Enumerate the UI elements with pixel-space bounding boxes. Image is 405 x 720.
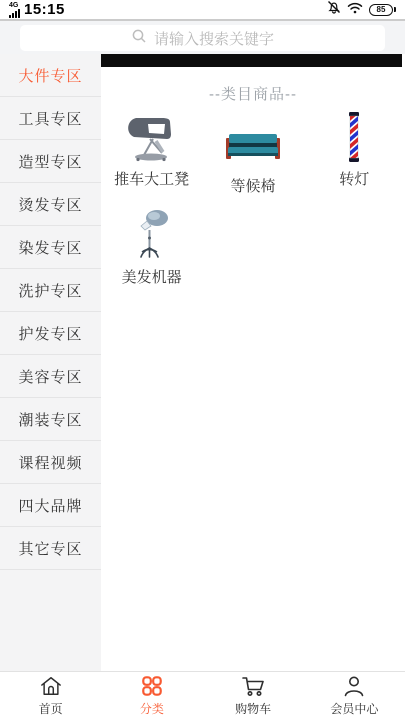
tab-cart[interactable]: 购物车	[203, 672, 304, 720]
product-label: 推车大工凳	[114, 168, 189, 189]
tab-label: 分类	[140, 700, 164, 717]
product-grid: 推车大工凳 等候椅	[101, 112, 405, 299]
user-icon	[342, 675, 366, 697]
sidebar-item-zaoxing[interactable]: 造型专区	[0, 140, 101, 183]
category-content: --类目商品-- 推车大工凳	[101, 54, 405, 671]
search-icon	[131, 28, 147, 48]
main-area: 大件专区 工具专区 造型专区 烫发专区 染发专区 洗护专区 护发专区 美容专区 …	[0, 54, 405, 671]
product-label: 转灯	[339, 168, 369, 189]
wifi-icon	[347, 1, 363, 19]
mute-bell-icon	[327, 0, 341, 19]
cart-icon	[241, 675, 266, 697]
network-type-label: 4G	[9, 2, 18, 9]
app-screen: 4G 15:15	[0, 0, 405, 720]
sidebar-item-kecheng[interactable]: 课程视频	[0, 441, 101, 484]
clock-text: 15:15	[24, 1, 65, 18]
sidebar-item-hufa[interactable]: 护发专区	[0, 312, 101, 355]
tab-label: 会员中心	[330, 700, 378, 717]
home-icon	[39, 675, 63, 697]
tab-label: 购物车	[235, 700, 271, 717]
product-item-hair-dryer-machine[interactable]: 美发机器	[101, 208, 202, 287]
banner[interactable]	[101, 54, 402, 67]
status-left: 4G 15:15	[9, 1, 65, 18]
category-sidebar: 大件专区 工具专区 造型专区 烫发专区 染发专区 洗护专区 护发专区 美容专区 …	[0, 54, 101, 671]
sidebar-item-gongju[interactable]: 工具专区	[0, 97, 101, 140]
product-item-barber-chair[interactable]: 推车大工凳	[101, 112, 202, 196]
sidebar-item-chaozhuang[interactable]: 潮装专区	[0, 398, 101, 441]
search-placeholder: 请输入搜索关键字	[154, 28, 274, 49]
status-bar: 4G 15:15	[0, 0, 405, 21]
product-label: 等候椅	[230, 175, 275, 196]
signal-bars-icon: 4G	[9, 2, 20, 18]
barber-pole-icon	[347, 112, 361, 162]
product-label: 美发机器	[122, 266, 182, 287]
battery-percent: 85	[369, 4, 393, 16]
sidebar-item-sida[interactable]: 四大品牌	[0, 484, 101, 527]
sidebar-item-dajian[interactable]: 大件专区	[0, 54, 101, 97]
battery-icon: 85	[369, 4, 396, 16]
sidebar-item-meirong[interactable]: 美容专区	[0, 355, 101, 398]
hair-dryer-machine-icon	[130, 208, 174, 260]
product-item-waiting-bench[interactable]: 等候椅	[202, 112, 303, 196]
tab-member-center[interactable]: 会员中心	[304, 672, 405, 720]
category-grid-icon	[140, 675, 164, 697]
search-input[interactable]: 请输入搜索关键字	[20, 25, 385, 51]
barber-chair-icon	[123, 112, 181, 162]
search-section: 请输入搜索关键字	[0, 21, 405, 54]
section-title: --类目商品--	[101, 83, 405, 104]
waiting-bench-icon	[224, 112, 282, 169]
status-right: 85	[327, 0, 396, 19]
tab-label: 首页	[39, 700, 63, 717]
bottom-tab-bar: 首页 分类 购物车	[0, 671, 405, 720]
sidebar-item-ranfa[interactable]: 染发专区	[0, 226, 101, 269]
sidebar-item-tangfa[interactable]: 烫发专区	[0, 183, 101, 226]
sidebar-item-xihu[interactable]: 洗护专区	[0, 269, 101, 312]
tab-home[interactable]: 首页	[0, 672, 101, 720]
product-item-barber-pole[interactable]: 转灯	[304, 112, 405, 196]
sidebar-item-qita[interactable]: 其它专区	[0, 527, 101, 570]
tab-category[interactable]: 分类	[101, 672, 202, 720]
